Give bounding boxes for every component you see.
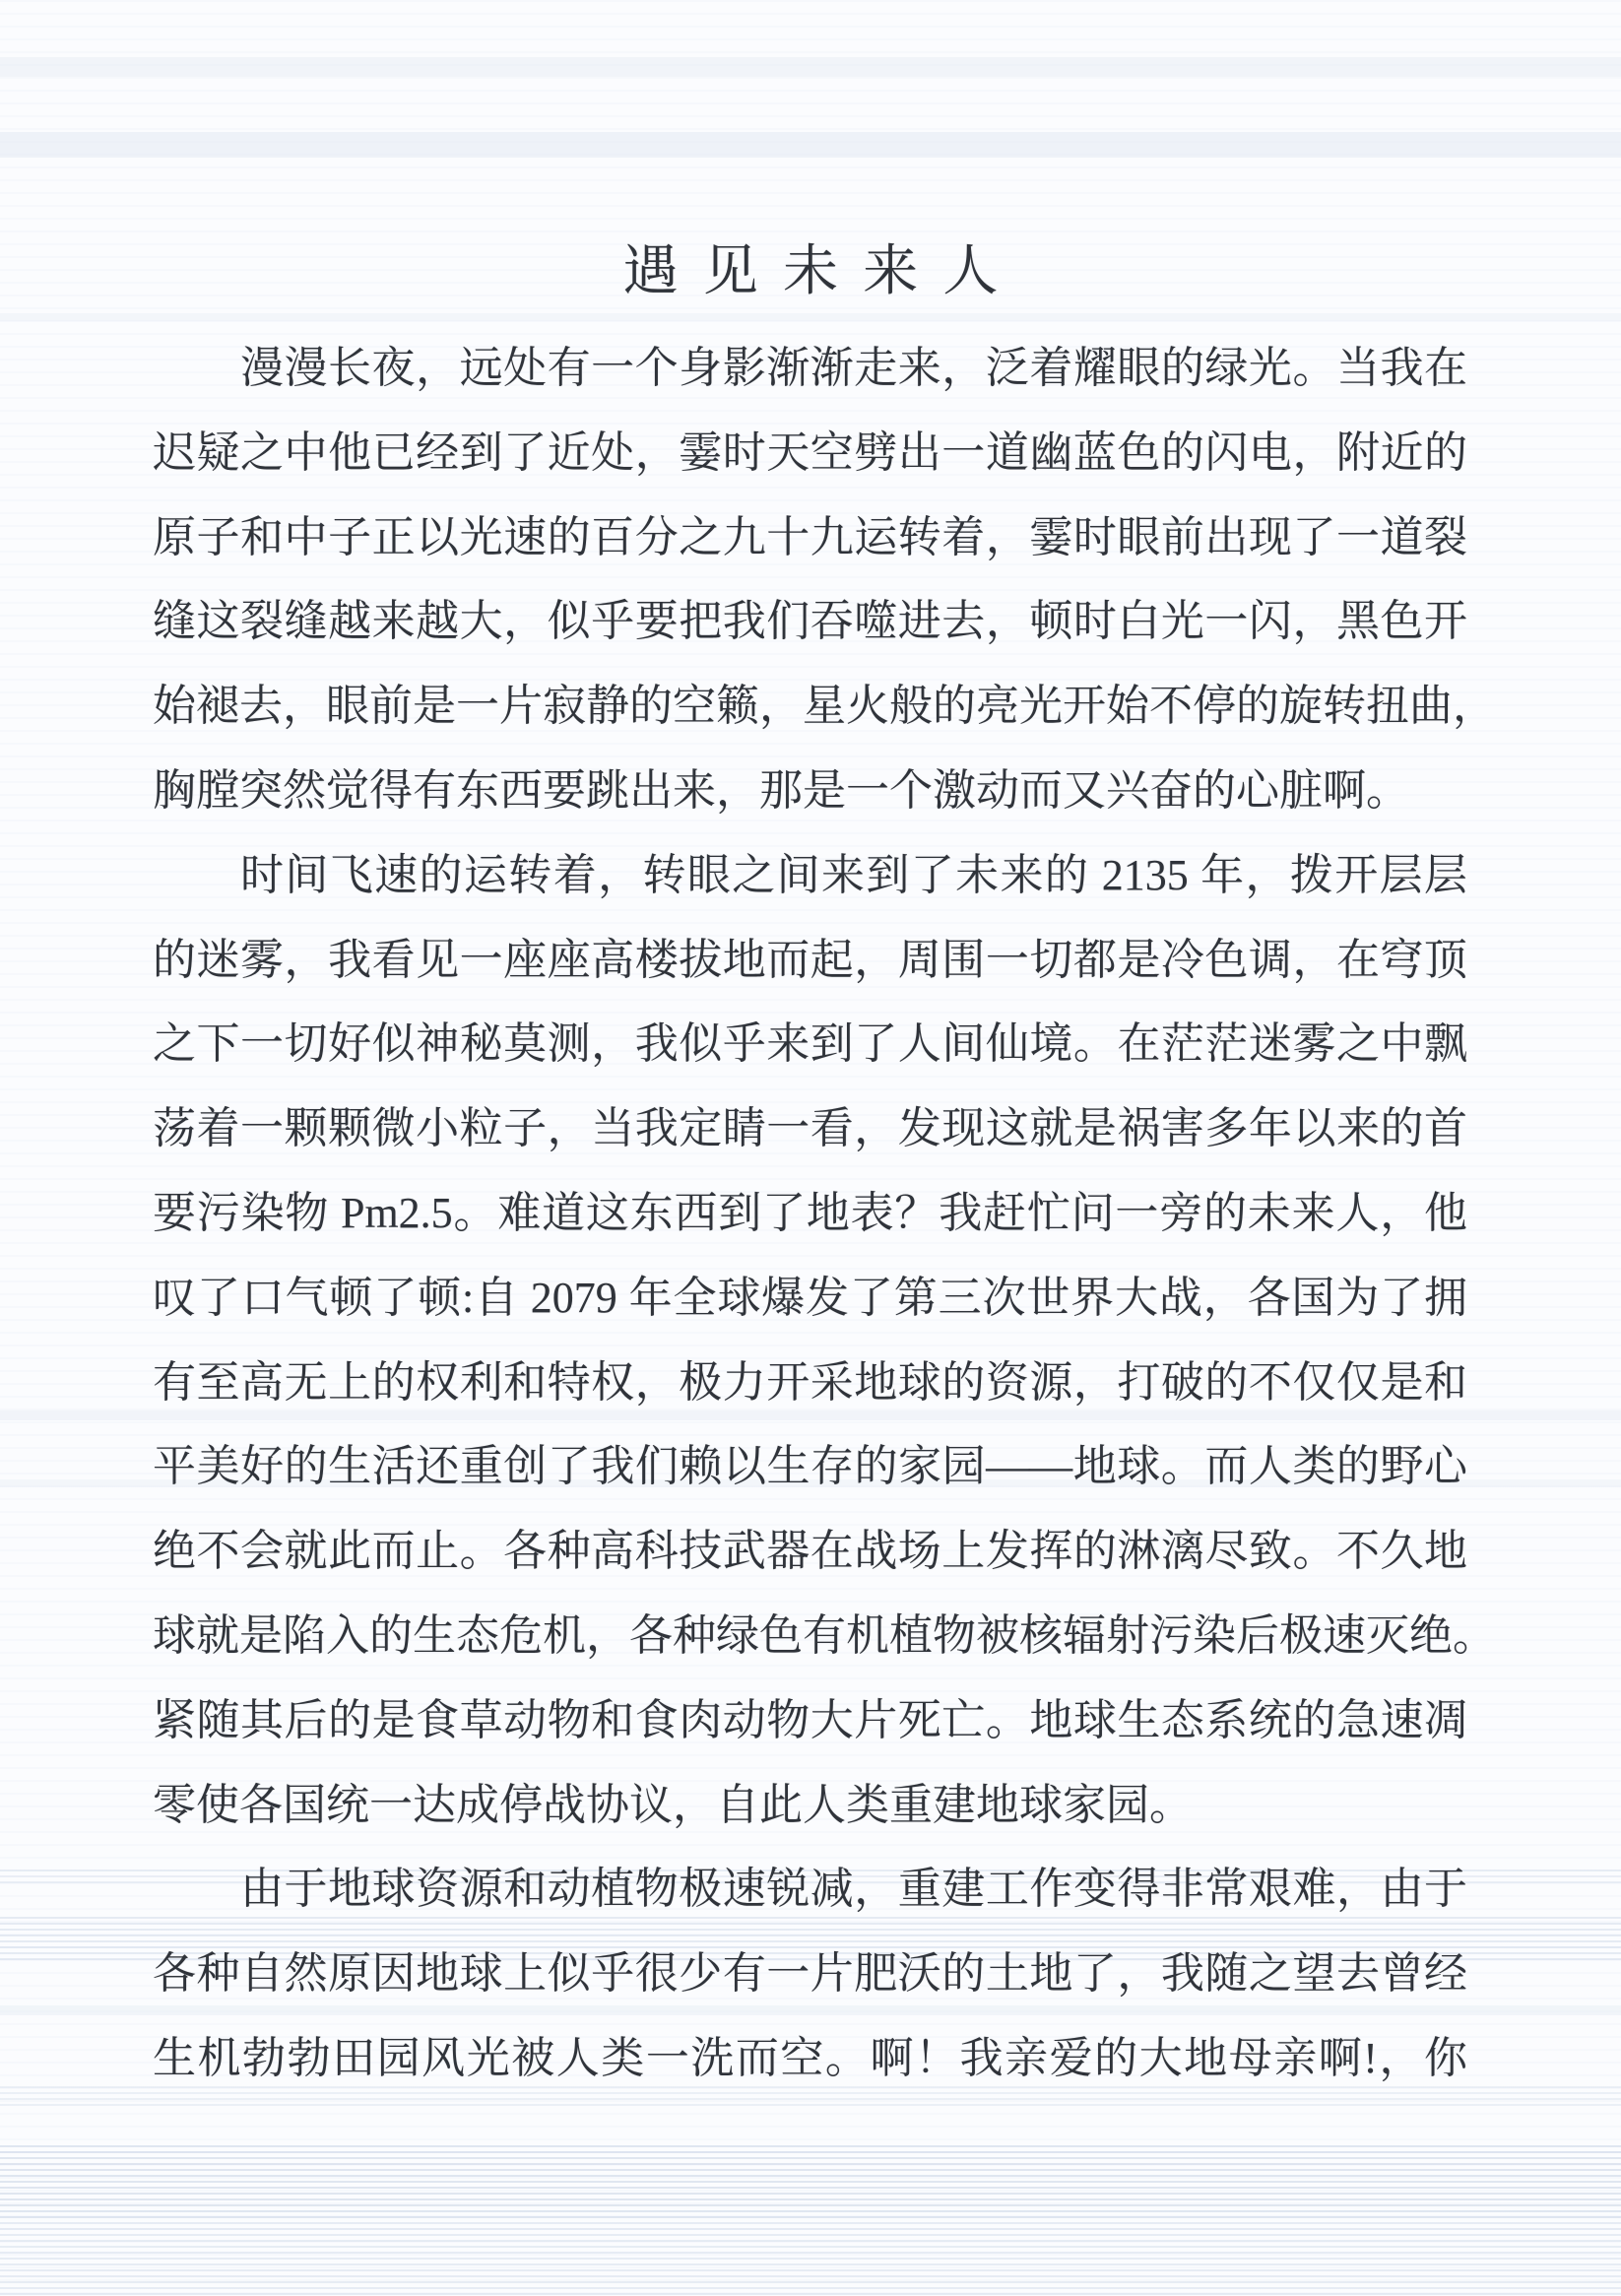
essay-body: 漫漫长夜，远处有一个身影渐渐走来，泛着耀眼的绿光。当我在 迟疑之中他已经到了近处…: [153, 326, 1467, 2101]
text-line: 有至高无上的权利和特权，极力开采地球的资源，打破的不仅仅是和: [153, 1341, 1467, 1425]
text-line: 各种自然原因地球上似乎很少有一片肥沃的土地了，我随之望去曾经: [153, 1932, 1467, 2016]
scan-artifact-band: [0, 2222, 1621, 2296]
text-line: 漫漫长夜，远处有一个身影渐渐走来，泛着耀眼的绿光。当我在: [153, 326, 1467, 411]
text-line: 时间飞速的运转着，转眼之间来到了未来的 2135 年，拨开层层: [153, 833, 1467, 918]
essay-title: 遇见未来人: [0, 225, 1621, 319]
document-page: 遇见未来人 漫漫长夜，远处有一个身影渐渐走来，泛着耀眼的绿光。当我在 迟疑之中他…: [0, 0, 1621, 2296]
text-line: 绝不会就此而止。各种高科技武器在战场上发挥的淋漓尽致。不久地: [153, 1509, 1467, 1594]
scan-artifact-band: [0, 57, 1621, 77]
text-line: 零使各国统一达成停战协议，自此人类重建地球家园。: [153, 1763, 1467, 1848]
text-line: 的迷雾，我看见一座座高楼拔地而起，周围一切都是冷色调，在穹顶: [153, 918, 1467, 1003]
text-line: 胸膛突然觉得有东西要跳出来，那是一个激动而又兴奋的心脏啊。: [153, 749, 1467, 833]
text-line: 要污染物 Pm2.5。难道这东西到了地表？我赶忙问一旁的未来人，他: [153, 1171, 1467, 1256]
scan-artifact-band: [0, 2145, 1621, 2222]
text-line: 生机勃勃田园风光被人类一洗而空。啊！我亲爱的大地母亲啊!，你: [153, 2016, 1467, 2101]
text-line: 球就是陷入的生态危机，各种绿色有机植物被核辐射污染后极速灭绝。: [153, 1594, 1467, 1678]
text-line: 始褪去，眼前是一片寂静的空籁，星火般的亮光开始不停的旋转扭曲，: [153, 664, 1467, 749]
text-line: 原子和中子正以光速的百分之九十九运转着，霎时眼前出现了一道裂: [153, 495, 1467, 580]
text-line: 叹了口气顿了顿:自 2079 年全球爆发了第三次世界大战，各国为了拥: [153, 1256, 1467, 1341]
text-line: 迟疑之中他已经到了近处，霎时天空劈出一道幽蓝色的闪电，附近的: [153, 411, 1467, 495]
text-line: 之下一切好似神秘莫测，我似乎来到了人间仙境。在茫茫迷雾之中飘: [153, 1002, 1467, 1086]
text-line: 由于地球资源和动植物极速锐减，重建工作变得非常艰难，由于: [153, 1847, 1467, 1932]
text-line: 平美好的生活还重创了我们赖以生存的家园——地球。而人类的野心: [153, 1424, 1467, 1509]
text-line: 紧随其后的是食草动物和食肉动物大片死亡。地球生态系统的急速凋: [153, 1678, 1467, 1763]
scan-artifact-band: [0, 132, 1621, 158]
text-line: 荡着一颗颗微小粒子，当我定睛一看，发现这就是祸害多年以来的首: [153, 1086, 1467, 1171]
text-line: 缝这裂缝越来越大，似乎要把我们吞噬进去，顿时白光一闪，黑色开: [153, 579, 1467, 664]
